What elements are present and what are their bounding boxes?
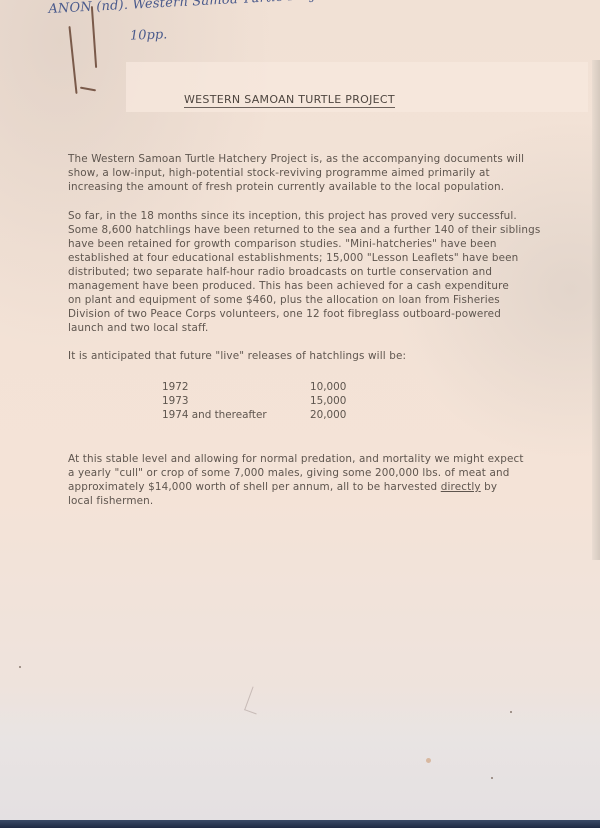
paragraph-progress: So far, in the 18 months since its incep…	[68, 209, 568, 335]
text-line: have been retained for growth comparison…	[68, 237, 568, 251]
text-line: approximately $14,000 worth of shell per…	[68, 480, 568, 494]
release-row: 1974 and thereafter 20,000	[162, 408, 370, 422]
text-span: by	[481, 481, 498, 493]
handwritten-page-count: 10pp.	[130, 27, 168, 43]
release-year: 1972	[162, 380, 310, 394]
paragraph-intro: The Western Samoan Turtle Hatchery Proje…	[68, 152, 568, 194]
release-year: 1973	[162, 394, 310, 408]
paper-edge-shadow	[592, 60, 600, 560]
text-line: So far, in the 18 months since its incep…	[68, 209, 568, 223]
text-line: launch and two local staff.	[68, 321, 568, 335]
text-line: At this stable level and allowing for no…	[68, 452, 568, 466]
text-line: It is anticipated that future "live" rel…	[68, 349, 568, 363]
scan-border	[0, 820, 600, 828]
text-line: a yearly "cull" or crop of some 7,000 ma…	[68, 466, 568, 480]
release-count: 20,000	[310, 408, 370, 422]
document-title: WESTERN SAMOAN TURTLE PROJECT	[184, 93, 395, 108]
text-line: established at four educational establis…	[68, 251, 568, 265]
text-line: distributed; two separate half-hour radi…	[68, 265, 568, 279]
releases-table: 1972 10,000 1973 15,000 1974 and thereaf…	[162, 380, 370, 422]
release-count: 10,000	[310, 380, 370, 394]
paper-discoloration	[0, 685, 600, 820]
text-line: management have been produced. This has …	[68, 279, 568, 293]
text-span: approximately $14,000 worth of shell per…	[68, 481, 441, 493]
paragraph-harvest: At this stable level and allowing for no…	[68, 452, 568, 508]
release-count: 15,000	[310, 394, 370, 408]
paper-speck	[491, 777, 493, 779]
text-line: Some 8,600 hatchlings have been returned…	[68, 223, 568, 237]
text-line: local fishermen.	[68, 494, 568, 508]
release-row: 1973 15,000	[162, 394, 370, 408]
paragraph-releases-intro: It is anticipated that future "live" rel…	[68, 349, 568, 363]
paper-speck	[19, 666, 21, 668]
text-line: show, a low-input, high-potential stock-…	[68, 166, 568, 180]
text-line: increasing the amount of fresh protein c…	[68, 180, 568, 194]
release-year: 1974 and thereafter	[162, 408, 310, 422]
release-row: 1972 10,000	[162, 380, 370, 394]
paper-speck	[510, 711, 512, 713]
paper-speck	[426, 758, 431, 763]
text-line: on plant and equipment of some $460, plu…	[68, 293, 568, 307]
underlined-word: directly	[441, 481, 481, 493]
text-line: The Western Samoan Turtle Hatchery Proje…	[68, 152, 568, 166]
text-line: Division of two Peace Corps volunteers, …	[68, 307, 568, 321]
